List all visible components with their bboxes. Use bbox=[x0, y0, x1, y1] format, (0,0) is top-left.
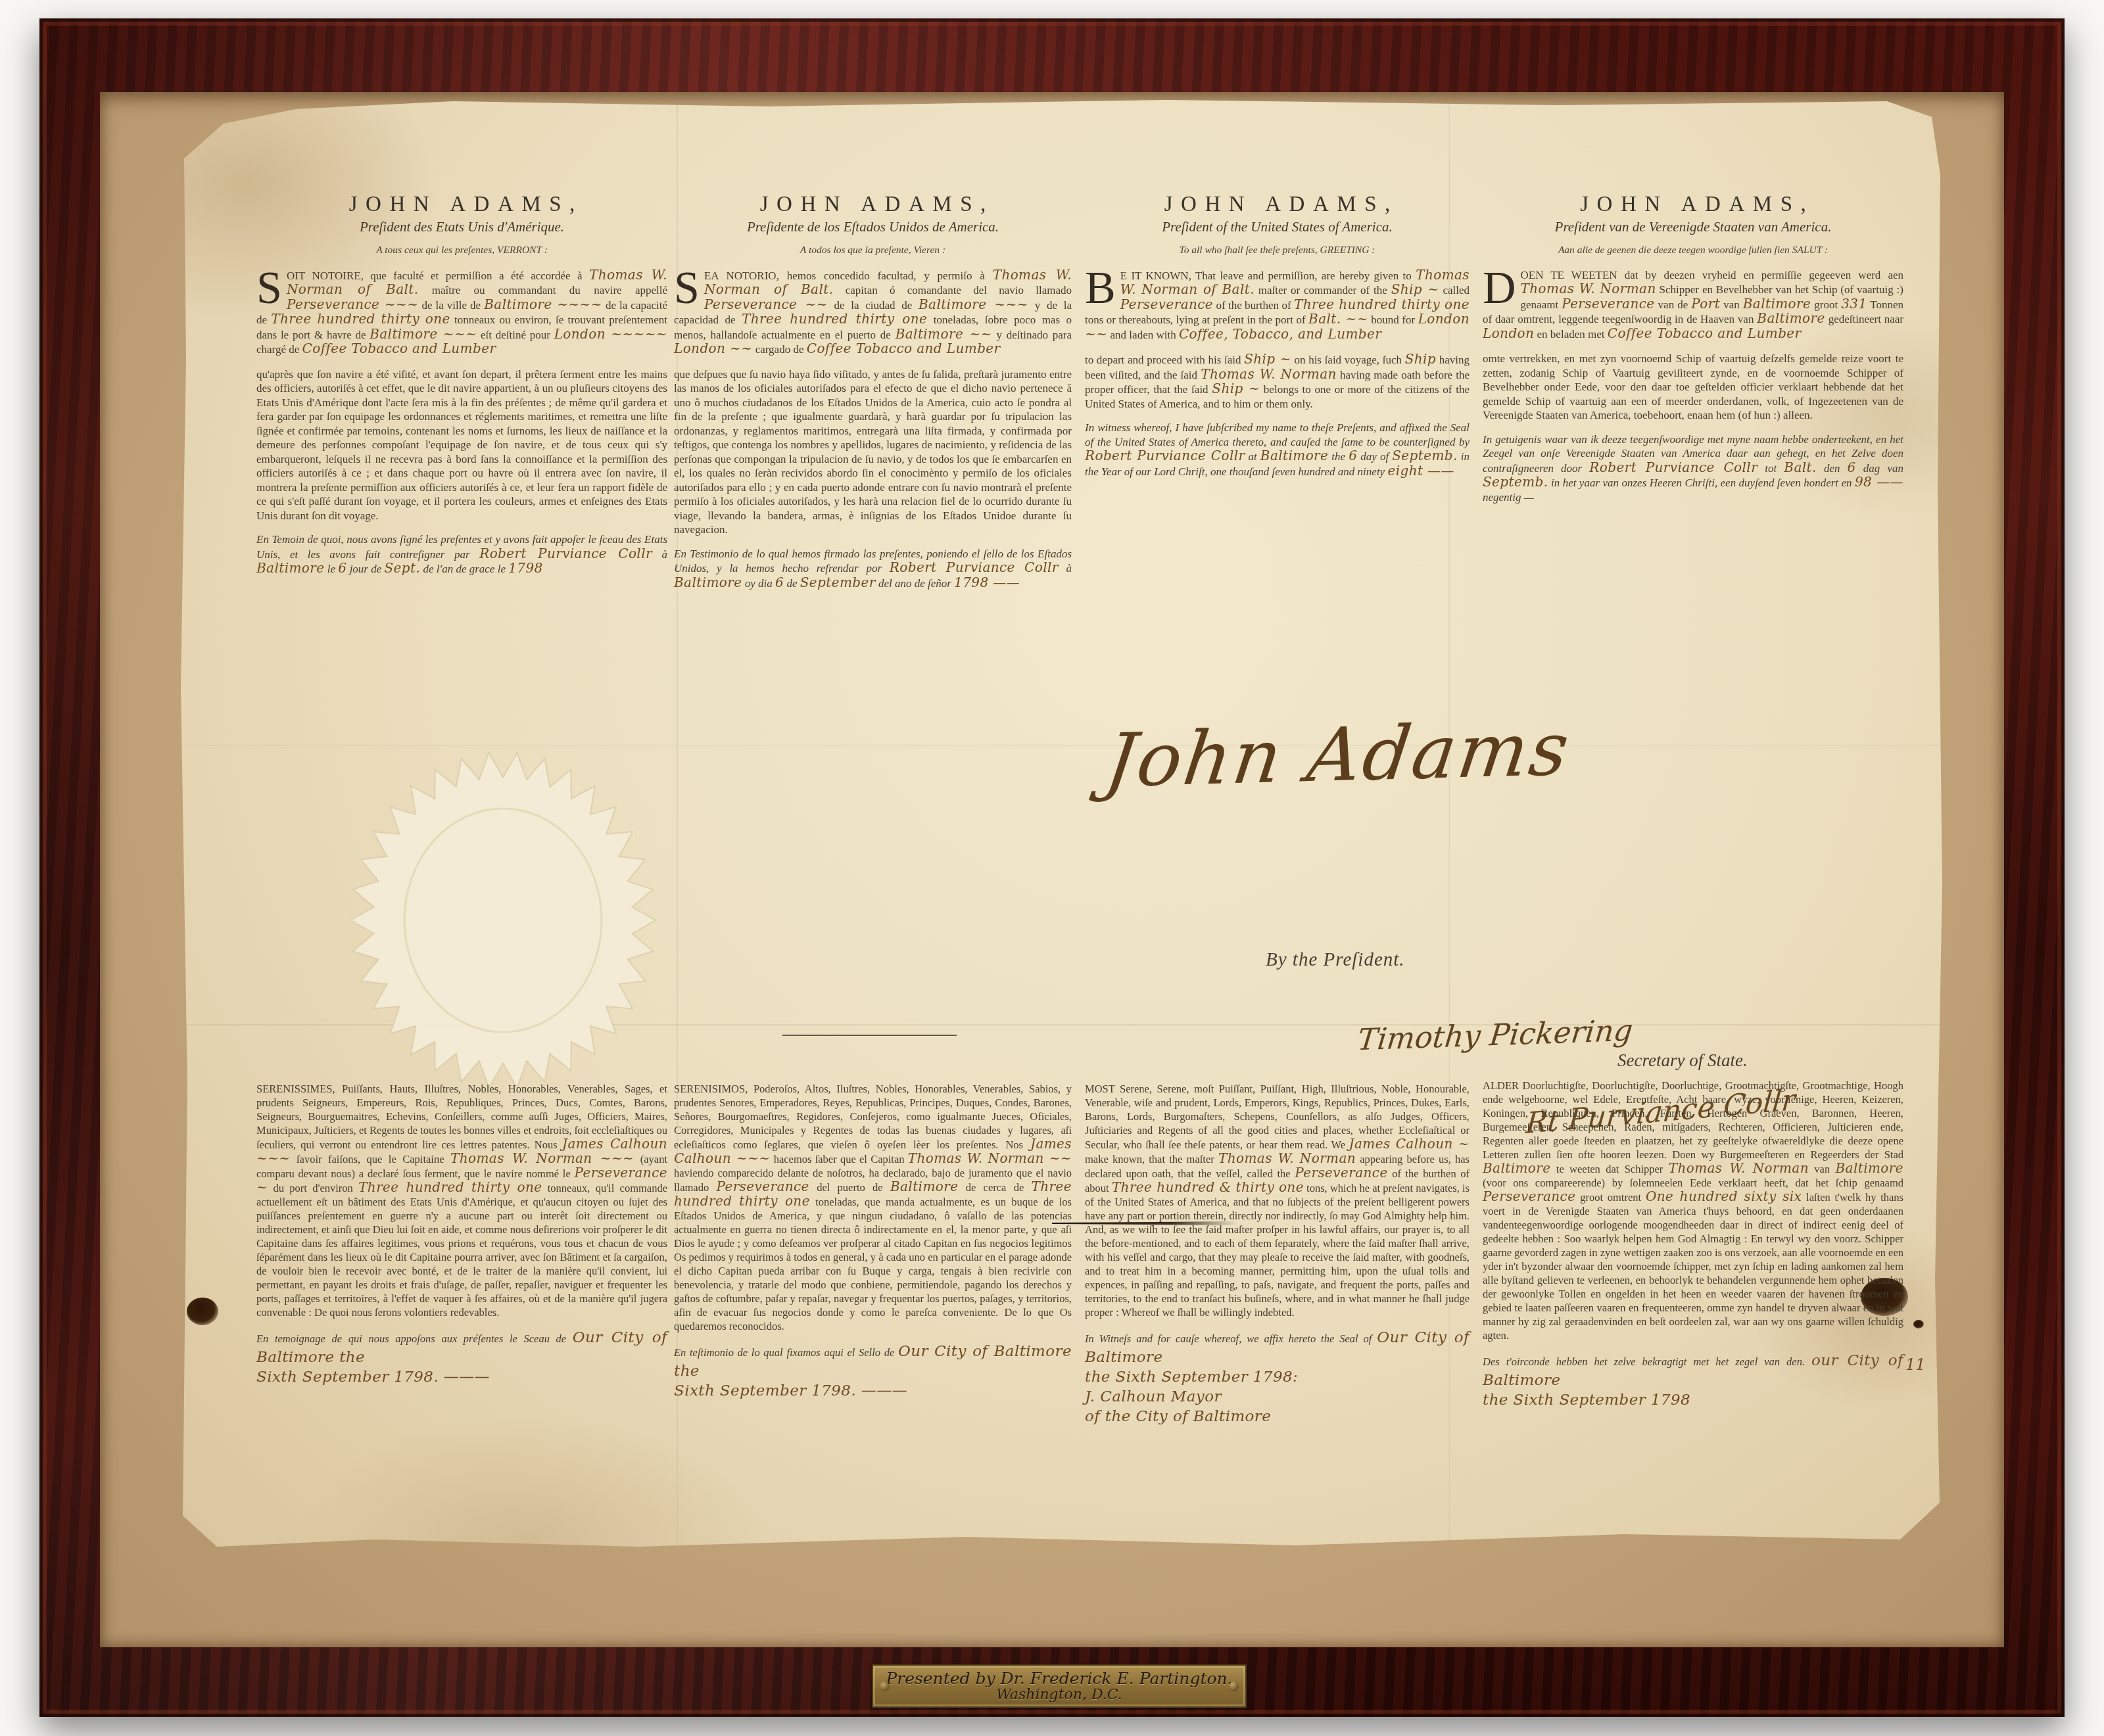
column-header: JOHN ADAMS, Preſidente de los Eſtados Un… bbox=[674, 198, 1072, 258]
framed-document-photo: JOHN ADAMS, Preſident des Etats Unis d'A… bbox=[0, 0, 2104, 1736]
salutation-line: A todos los que la preſente, Vieren : bbox=[674, 243, 1072, 258]
margin-mark: 11 bbox=[1905, 1355, 1926, 1374]
john-adams-signature: John Adams bbox=[1020, 704, 1656, 806]
column-spanish-top: JOHN ADAMS, Preſidente de los Eſtados Un… bbox=[674, 198, 1072, 590]
document-paper: JOHN ADAMS, Preſident des Etats Unis d'A… bbox=[178, 96, 1944, 1550]
column-header: JOHN ADAMS, Preſident van de Vereenigde … bbox=[1483, 198, 1903, 258]
secretary-of-state-label: Secretary of State. bbox=[1617, 1050, 1748, 1071]
plaque-line-2: Washington, D.C. bbox=[996, 1687, 1122, 1703]
ink-blot-left bbox=[187, 1298, 218, 1325]
timothy-pickering-signature: Timothy Pickering bbox=[1356, 1013, 1635, 1058]
closing-paragraph: In Witneſs and for cauſe whereof, we aff… bbox=[1085, 1328, 1470, 1426]
column-dutch-top: JOHN ADAMS, Preſident van de Vereenigde … bbox=[1483, 198, 1903, 504]
salutation-line: Aan alle de geenen die deeze teegen woor… bbox=[1483, 243, 1903, 258]
drop-cap: D bbox=[1483, 268, 1521, 307]
address-paragraph: ALDER Doorluchtigſte, Doorluchtigſte, Do… bbox=[1483, 1079, 1903, 1342]
body-paragraph: qu'après que ſon navire a été viſité, et… bbox=[256, 367, 667, 523]
address-paragraph: SERENISSIMES, Puiſſants, Hauts, Illuſtre… bbox=[256, 1082, 667, 1319]
drop-cap: B bbox=[1085, 268, 1120, 307]
column-header: JOHN ADAMS, Preſident des Etats Unis d'A… bbox=[256, 198, 667, 258]
document-title: JOHN ADAMS, bbox=[1085, 198, 1470, 212]
column-english-top: JOHN ADAMS, Preſident of the United Stat… bbox=[1085, 198, 1470, 479]
witness-paragraph: In getuigenis waar van ik deeze teegenſw… bbox=[1483, 433, 1903, 505]
witness-paragraph: En Temoin de quoi, nous avons ſigné les … bbox=[256, 532, 667, 576]
column-french-bottom: SERENISSIMES, Puiſſants, Hauts, Illuſtre… bbox=[256, 1082, 667, 1387]
opening-paragraph: SEA NOTORIO, hemos concedido facultad, y… bbox=[674, 268, 1072, 357]
column-english-bottom: MOST Serene, Serene, moſt Puiſſant, Puiſ… bbox=[1085, 1082, 1470, 1426]
opening-paragraph: BE IT KNOWN, That leave and permiſſion, … bbox=[1085, 268, 1470, 342]
closing-paragraph: En temoignage de qui nous appoſons aux p… bbox=[256, 1328, 667, 1387]
salutation-line: A tous ceux qui les preſentes, VERRONT : bbox=[256, 243, 667, 258]
document-subtitle: Preſident of the United States of Americ… bbox=[1085, 220, 1470, 235]
opening-paragraph: SOIT NOTOIRE, que faculté et permiſſion … bbox=[256, 268, 667, 357]
ink-blot-right-small bbox=[1913, 1320, 1924, 1328]
document-subtitle: Preſident des Etats Unis d'Amérique. bbox=[256, 220, 667, 235]
wood-frame: JOHN ADAMS, Preſident des Etats Unis d'A… bbox=[39, 18, 2065, 1717]
witness-paragraph: En Testimonio de lo qual hemos firmado l… bbox=[674, 547, 1072, 591]
brass-plaque: Presented by Dr. Frederick E. Partington… bbox=[872, 1664, 1247, 1708]
separator-rule bbox=[782, 1035, 957, 1036]
document-title: JOHN ADAMS, bbox=[1483, 198, 1903, 212]
column-spanish-bottom: SERENISIMOS, Poderoſos, Altos, Iluſtres,… bbox=[674, 1082, 1072, 1401]
drop-cap: S bbox=[256, 268, 287, 307]
drop-cap: S bbox=[674, 268, 704, 307]
document-subtitle: Preſident van de Vereenigde Staaten van … bbox=[1483, 220, 1903, 235]
mat-board: JOHN ADAMS, Preſident des Etats Unis d'A… bbox=[100, 92, 2004, 1647]
body-paragraph: to depart and proceed with his ſaid Ship… bbox=[1085, 352, 1470, 411]
plaque-line-1: Presented by Dr. Frederick E. Partington… bbox=[886, 1670, 1232, 1687]
column-french-top: JOHN ADAMS, Preſident des Etats Unis d'A… bbox=[256, 198, 667, 576]
witness-paragraph: In witness whereof, I have ſubſcribed my… bbox=[1085, 421, 1470, 479]
plaque-screw-left bbox=[880, 1681, 890, 1691]
closing-paragraph: Des t'oirconde hebben het zelve bekragti… bbox=[1483, 1351, 1903, 1410]
body-paragraph: omte vertrekken, en met zyn voornoemd Sc… bbox=[1483, 352, 1903, 423]
document-title: JOHN ADAMS, bbox=[674, 198, 1072, 212]
document-title: JOHN ADAMS, bbox=[256, 198, 667, 212]
salutation-line: To all who ſhall ſee theſe preſents, GRE… bbox=[1085, 243, 1470, 258]
address-paragraph: SERENISIMOS, Poderoſos, Altos, Iluſtres,… bbox=[674, 1082, 1072, 1333]
column-dutch-bottom: ALDER Doorluchtigſte, Doorluchtigſte, Do… bbox=[1483, 1079, 1903, 1410]
document-subtitle: Preſidente de los Eſtados Unidos de Amer… bbox=[674, 220, 1072, 235]
embossed-paper-seal bbox=[347, 748, 659, 1092]
address-paragraph: MOST Serene, Serene, moſt Puiſſant, Puiſ… bbox=[1085, 1082, 1470, 1319]
plaque-screw-right bbox=[1229, 1681, 1239, 1691]
closing-paragraph: En teſtimonio de lo qual fixamos aqui el… bbox=[674, 1342, 1072, 1401]
body-paragraph: que deſpues que ſu navio haya ſido viſit… bbox=[674, 367, 1072, 537]
column-header: JOHN ADAMS, Preſident of the United Stat… bbox=[1085, 198, 1470, 258]
opening-paragraph: DOEN TE WEETEN dat by deezen vryheid en … bbox=[1483, 268, 1903, 342]
by-the-president-line: By the Preſident. bbox=[1266, 949, 1405, 971]
